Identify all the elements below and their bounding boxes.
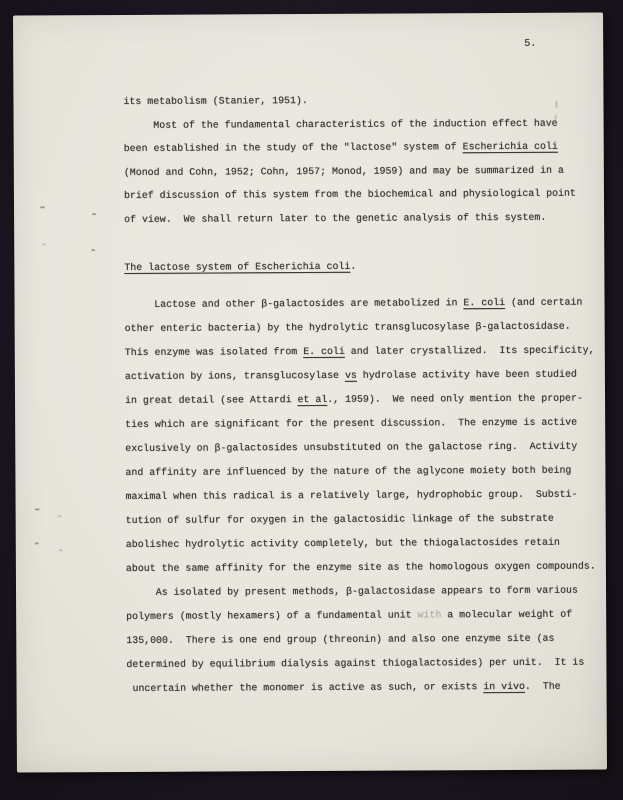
text-line: maximal when this radical is a relativel…	[126, 488, 578, 503]
underlined-text: E. coli	[463, 297, 505, 308]
text-line: its metabolism (Stanier, 1951).	[123, 94, 307, 108]
text-segment: ., 1959). We need only mention the prope…	[327, 393, 583, 405]
margin-pencil-mark	[35, 542, 39, 544]
text-segment: been established in the study of the "la…	[124, 141, 463, 154]
text-segment: hydrolase activity have been studied	[357, 369, 577, 381]
margin-pencil-mark	[35, 508, 40, 510]
text-segment: maximal when this radical is a relativel…	[126, 489, 578, 502]
text-line: uncertain whether the monomer is active …	[127, 680, 561, 695]
text-segment: As isolated by present methods, β-galact…	[156, 585, 578, 598]
text-line: other enteric bacteria) by the hydrolyti…	[125, 320, 571, 335]
text-line: As isolated by present methods, β-galact…	[126, 584, 578, 599]
text-segment: activation by ions, transglucosylase	[125, 370, 345, 382]
underlined-text: et al	[297, 394, 327, 405]
text-line: Most of the fundamental characteristics …	[124, 116, 558, 131]
margin-pencil-mark	[555, 115, 557, 120]
text-line: exclusively on β-galactosides unsubstitu…	[125, 440, 577, 455]
photo-of-document: { "document": { "page_number": "5.", "in…	[0, 0, 623, 800]
text-segment: a molecular weight of	[441, 609, 572, 621]
text-line: (Monod and Cohn, 1952; Cohn, 1957; Monod…	[124, 163, 564, 178]
text-line: polymers (mostly hexamers) of a fundamen…	[126, 608, 572, 623]
text-segment: 135,000. There is one end group (threoni…	[126, 633, 554, 646]
text-line: activation by ions, transglucosylase vs …	[125, 368, 577, 383]
margin-pencil-mark	[92, 213, 96, 215]
text-segment: other enteric bacteria) by the hydrolyti…	[125, 321, 571, 334]
margin-pencil-mark	[58, 515, 62, 517]
text-segment: exclusively on β-galactosides unsubstitu…	[125, 441, 577, 454]
text-segment: polymers (mostly hexamers) of a fundamen…	[126, 609, 417, 622]
typewritten-text-block: its metabolism (Stanier, 1951).Most of t…	[13, 12, 607, 772]
text-line: in great detail (see Attardi et al., 195…	[125, 392, 583, 407]
section-heading: The lactose system of Escherichia coli.	[124, 260, 356, 274]
text-segment: and affinity are influenced by the natur…	[125, 465, 571, 478]
text-segment: determined by equilibrium dialysis again…	[126, 657, 584, 670]
text-line: and affinity are influenced by the natur…	[125, 464, 571, 479]
underlined-text: The lactose system of Escherichia coli	[124, 261, 350, 273]
text-segment: . The	[525, 681, 561, 692]
text-segment: This enzyme was isolated from	[125, 346, 303, 358]
text-line: determined by equilibrium dialysis again…	[126, 656, 584, 671]
text-line: Lactose and other β-galactosides are met…	[125, 296, 583, 311]
text-line: been established in the study of the "la…	[124, 140, 558, 155]
text-segment: its metabolism (Stanier, 1951).	[123, 95, 307, 107]
text-segment: tution of sulfur for oxygen in the galac…	[126, 513, 554, 526]
text-line: of view. We shall return later to the ge…	[124, 211, 546, 226]
margin-pencil-mark	[40, 206, 45, 208]
text-segment: (and certain	[505, 297, 582, 308]
text-segment: abolishec hydrolytic activity completely…	[126, 537, 560, 550]
text-line: tution of sulfur for oxygen in the galac…	[126, 512, 554, 527]
text-line: ties which are significant for the prese…	[125, 416, 577, 431]
underlined-text: vs	[345, 370, 357, 381]
text-segment: .	[350, 261, 356, 272]
margin-pencil-mark	[42, 243, 46, 245]
text-segment: and later crystallized. Its specificity,	[345, 345, 595, 357]
document-page: 5. its metabolism (Stanier, 1951).Most o…	[13, 12, 607, 772]
text-line: This enzyme was isolated from E. coli an…	[125, 344, 595, 359]
text-segment: ties which are significant for the prese…	[125, 417, 577, 430]
margin-pencil-mark	[91, 249, 95, 251]
text-segment: about the same affinity for the enzyme s…	[126, 561, 596, 574]
text-segment: uncertain whether the monomer is active …	[132, 681, 483, 694]
text-line: brief discussion of this system from the…	[124, 187, 576, 202]
text-segment: Most of the fundamental characteristics …	[153, 117, 557, 130]
underlined-text: Escherichia coli	[463, 141, 558, 152]
margin-pencil-mark	[555, 101, 557, 108]
text-segment: of view. We shall return later to the ge…	[124, 212, 546, 225]
margin-pencil-mark	[59, 549, 63, 551]
text-line: 135,000. There is one end group (threoni…	[126, 632, 554, 647]
text-line: abolishec hydrolytic activity completely…	[126, 536, 560, 551]
text-segment: in great detail (see Attardi	[125, 394, 297, 406]
text-segment: Lactose and other β-galactosides are met…	[154, 297, 463, 310]
text-line: about the same affinity for the enzyme s…	[126, 560, 596, 575]
text-segment: brief discussion of this system from the…	[124, 188, 576, 201]
underlined-text: in vivo	[483, 681, 525, 692]
text-segment: (Monod and Cohn, 1952; Cohn, 1957; Monod…	[124, 164, 564, 177]
underlined-text: E. coli	[303, 346, 345, 357]
text-segment: with	[417, 609, 441, 620]
